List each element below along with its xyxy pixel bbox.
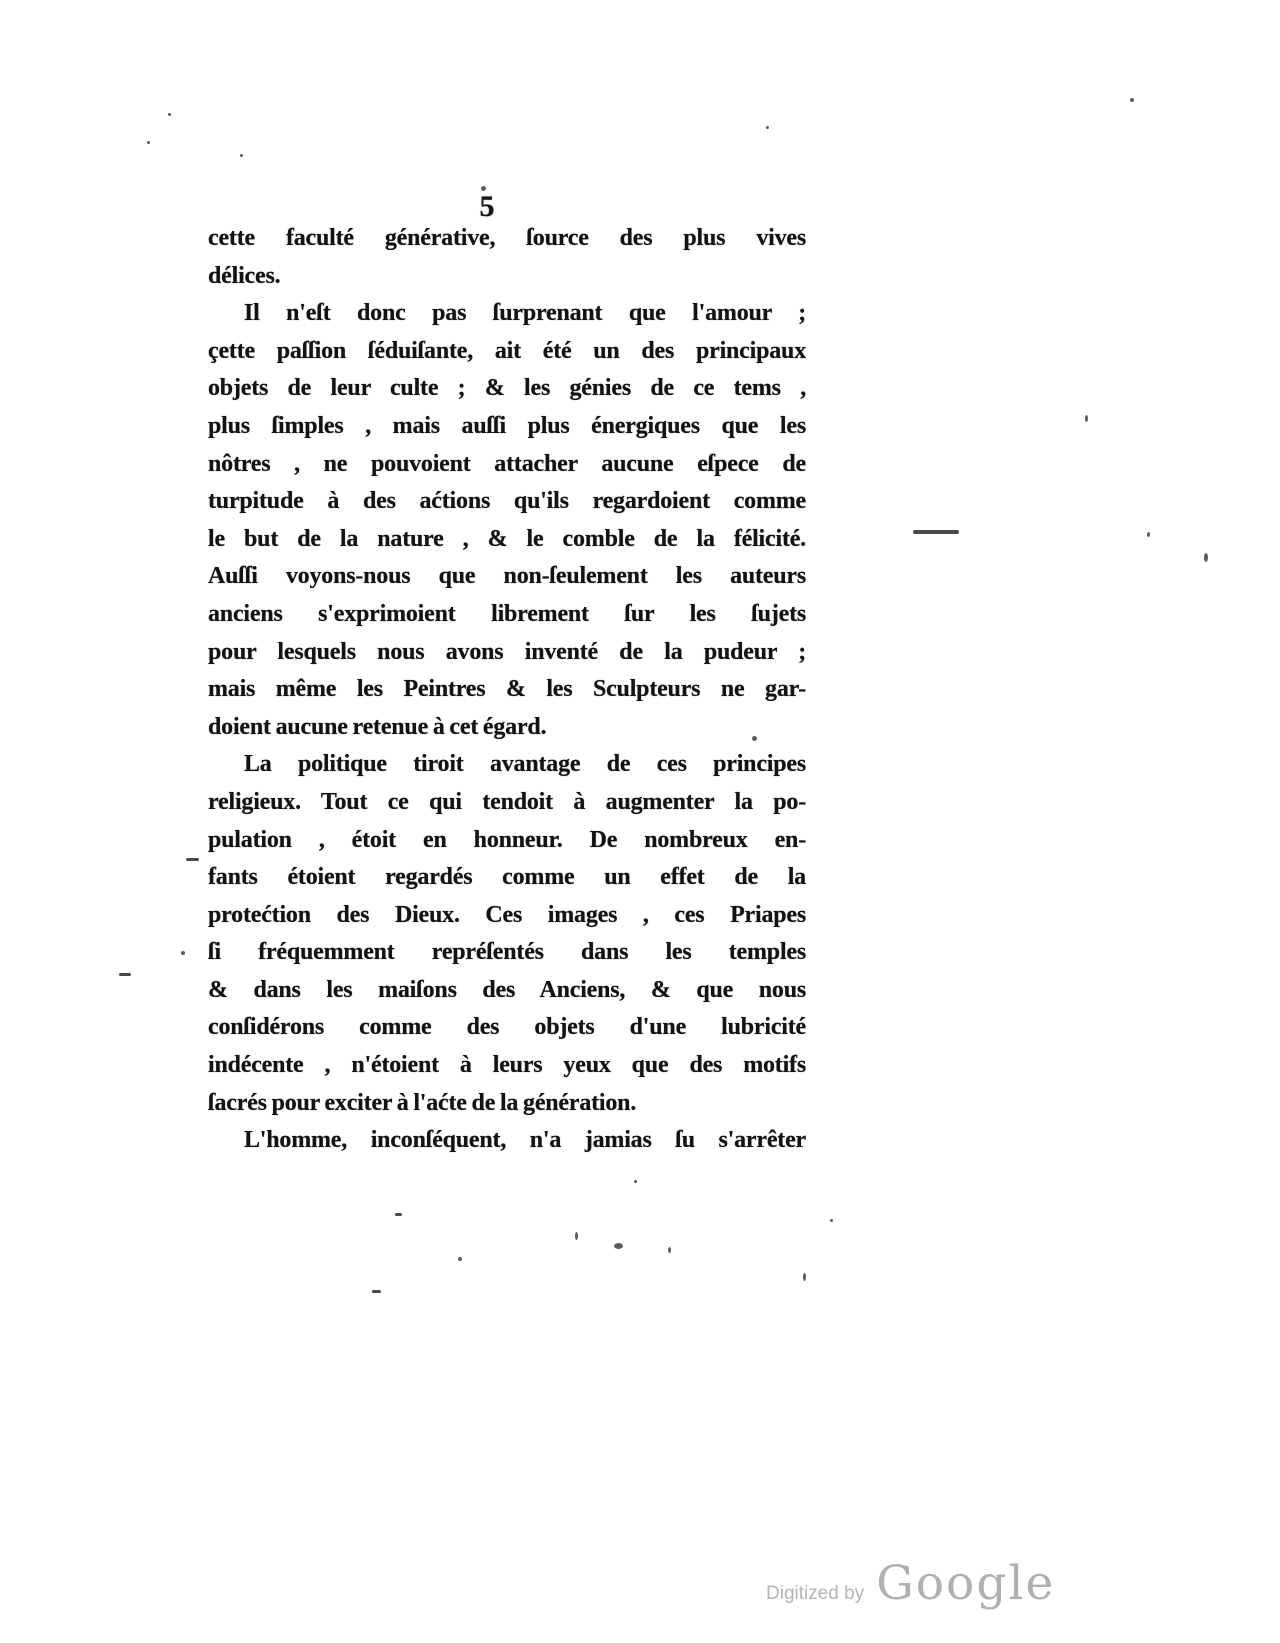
ink-mark xyxy=(1147,532,1150,537)
ink-mark xyxy=(614,1243,623,1249)
text-line: protećtion des Dieux. Ces images , ces P… xyxy=(208,897,806,935)
ink-mark xyxy=(481,186,486,191)
text-line: objets de leur culte ; & les génies de c… xyxy=(208,370,806,408)
ink-mark xyxy=(830,1219,833,1222)
ink-mark xyxy=(240,154,243,157)
text-line: anciens s'exprimoient librement ſur les … xyxy=(208,596,806,634)
text-line: ſi fréquemment repréſentés dans les temp… xyxy=(208,934,806,972)
ink-mark xyxy=(147,141,150,144)
page-number: 5 xyxy=(452,190,522,224)
ink-mark xyxy=(458,1257,462,1261)
ink-mark xyxy=(372,1290,381,1293)
ink-mark xyxy=(575,1232,578,1240)
ink-mark xyxy=(395,1213,402,1216)
ink-mark xyxy=(1085,415,1088,422)
ink-mark xyxy=(668,1247,671,1253)
text-line: & dans les maiſons des Anciens, & que no… xyxy=(208,972,806,1010)
text-line: L'homme, inconſéquent, n'a jamias ſu s'a… xyxy=(208,1122,806,1160)
text-line: nôtres , ne pouvoient attacher aucune eſ… xyxy=(208,446,806,484)
ink-mark xyxy=(766,126,769,129)
ink-mark xyxy=(186,858,199,861)
text-block: cette faculté générative, ſource des plu… xyxy=(208,220,806,1160)
text-line: doient aucune retenue à cet égard. xyxy=(208,709,806,747)
text-line: Il n'eſt donc pas ſurprenant que l'amour… xyxy=(208,295,806,333)
google-watermark: Digitized by Google xyxy=(766,1556,1055,1611)
ink-mark xyxy=(752,736,757,741)
text-line: fants étoient regardés comme un effet de… xyxy=(208,859,806,897)
ink-mark xyxy=(1130,98,1134,102)
text-line: pulation , étoit en honneur. De nombreux… xyxy=(208,822,806,860)
ink-mark xyxy=(1204,553,1208,562)
text-line: çette paſſion ſéduiſante, ait été un des… xyxy=(208,333,806,371)
google-logo: Google xyxy=(876,1556,1055,1611)
text-line: le but de la nature , & le comble de la … xyxy=(208,521,806,559)
text-line: ſacrés pour exciter à l'aćte de la génér… xyxy=(208,1085,806,1123)
ink-mark xyxy=(913,530,959,534)
ink-mark xyxy=(181,951,185,955)
digitized-by-label: Digitized by xyxy=(766,1583,864,1605)
text-line: Auſſi voyons-nous que non-ſeulement les … xyxy=(208,558,806,596)
ink-mark xyxy=(634,1180,637,1183)
text-line: turpitude à des aćtions qu'ils regardoie… xyxy=(208,483,806,521)
text-line: mais même les Peintres & les Sculpteurs … xyxy=(208,671,806,709)
text-line: pour lesquels nous avons inventé de la p… xyxy=(208,634,806,672)
text-line: indécente , n'étoient à leurs yeux que d… xyxy=(208,1047,806,1085)
text-line: religieux. Tout ce qui tendoit à augment… xyxy=(208,784,806,822)
text-line: La politique tiroit avantage de ces prin… xyxy=(208,746,806,784)
text-line: cette faculté générative, ſource des plu… xyxy=(208,220,806,258)
ink-mark xyxy=(119,973,131,976)
text-line: délices. xyxy=(208,258,806,296)
book-page: 5 cette faculté générative, ſource des p… xyxy=(0,0,1280,1643)
text-line: plus ſimples , mais auſſi plus énergique… xyxy=(208,408,806,446)
ink-mark xyxy=(803,1273,806,1281)
ink-mark xyxy=(168,113,171,116)
text-line: conſidérons comme des objets d'une lubri… xyxy=(208,1009,806,1047)
